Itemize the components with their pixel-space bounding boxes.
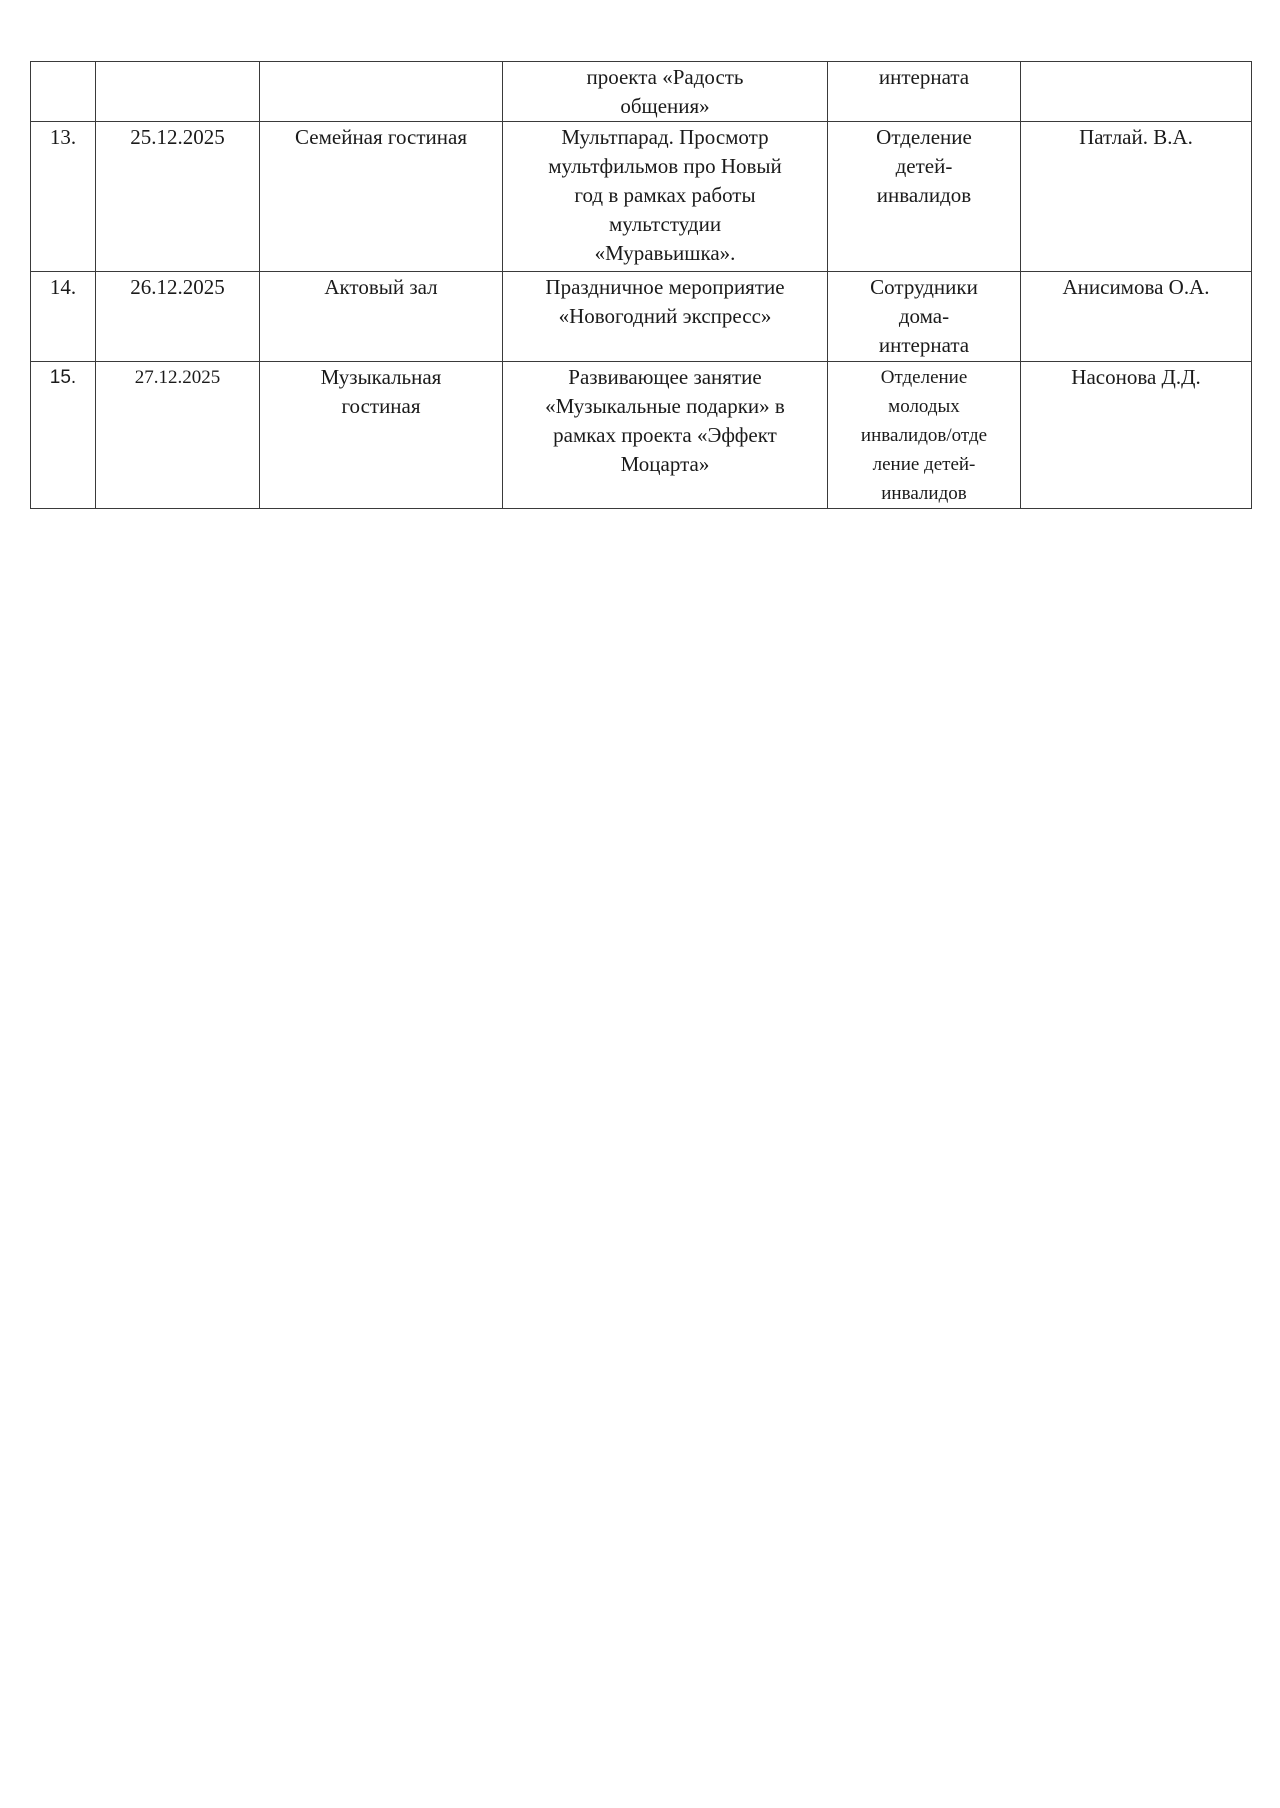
cell-date: 26.12.2025 — [96, 272, 260, 362]
cell-number: 14. — [31, 272, 96, 362]
cell-number — [31, 62, 96, 122]
cell-place — [260, 62, 503, 122]
cell-place: Музыкальная гостиная — [260, 362, 503, 509]
cell-place: Семейная гостиная — [260, 122, 503, 272]
cell-responsible: Патлай. В.А. — [1021, 122, 1252, 272]
table-row: 13. 25.12.2025 Семейная гостиная Мультпа… — [31, 122, 1252, 272]
cell-audience: интерната — [828, 62, 1021, 122]
table-row: 15. 27.12.2025 Музыкальная гостиная Разв… — [31, 362, 1252, 509]
cell-responsible — [1021, 62, 1252, 122]
cell-event: Праздничное мероприятие «Новогодний эксп… — [503, 272, 828, 362]
table-row-continuation: проекта «Радость общения» интерната — [31, 62, 1252, 122]
table-row: 14. 26.12.2025 Актовый зал Праздничное м… — [31, 272, 1252, 362]
cell-audience: Отделение молодых инвалидов/отде ление д… — [828, 362, 1021, 509]
cell-number: 15. — [31, 362, 96, 509]
event-schedule-table: проекта «Радость общения» интерната 13. … — [30, 61, 1252, 509]
cell-responsible: Анисимова О.А. — [1021, 272, 1252, 362]
cell-date: 25.12.2025 — [96, 122, 260, 272]
document-page: проекта «Радость общения» интерната 13. … — [0, 0, 1280, 1808]
cell-event: проекта «Радость общения» — [503, 62, 828, 122]
cell-date: 27.12.2025 — [96, 362, 260, 509]
cell-audience: Сотрудники дома- интерната — [828, 272, 1021, 362]
cell-date — [96, 62, 260, 122]
cell-number: 13. — [31, 122, 96, 272]
cell-audience: Отделение детей- инвалидов — [828, 122, 1021, 272]
cell-place: Актовый зал — [260, 272, 503, 362]
cell-event: Мультпарад. Просмотр мультфильмов про Но… — [503, 122, 828, 272]
cell-event: Развивающее занятие «Музыкальные подарки… — [503, 362, 828, 509]
cell-responsible: Насонова Д.Д. — [1021, 362, 1252, 509]
